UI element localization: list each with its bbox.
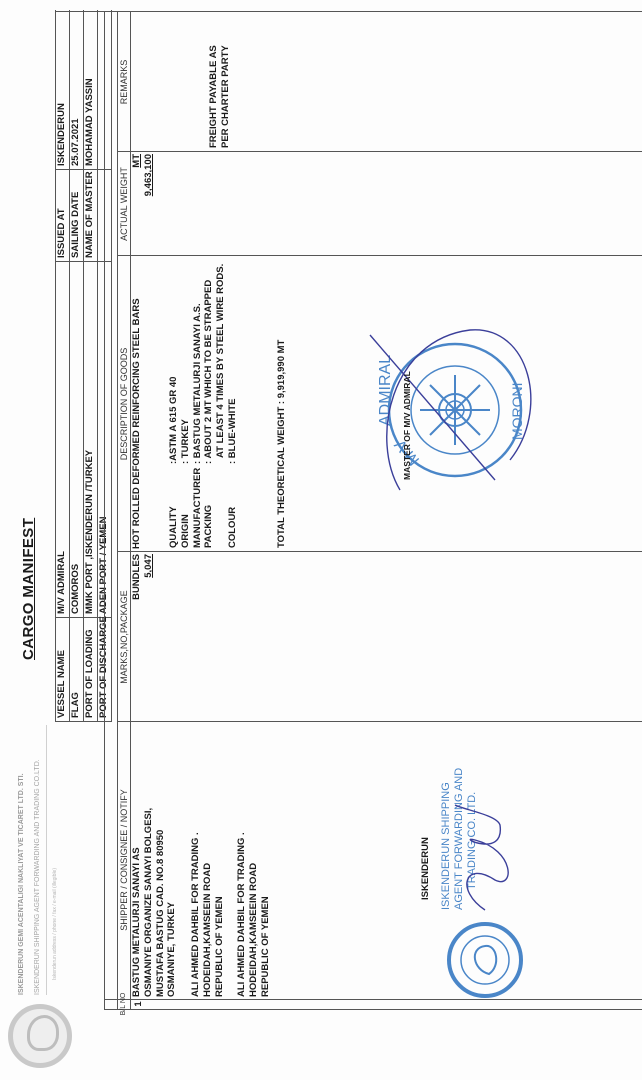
agent-signature-icon [445, 800, 525, 920]
vessel-name-value: M/V ADMIRAL [55, 551, 69, 614]
port-of-loading-label: PORT OF LOADING [83, 629, 97, 718]
col-header-marks: MARKS,NO,PACKAGE [118, 552, 130, 722]
svg-text:MORONI: MORONI [509, 382, 525, 440]
package-unit: BUNDLES [131, 554, 143, 722]
package-count: 5,047 [143, 554, 155, 722]
col-header-actual-weight: ACTUAL WEIGHT [118, 152, 130, 256]
goods-specs: QUALITY:ASTM A 615 GR 40 ORIGIN: TURKEY … [168, 264, 239, 548]
remarks-block: FREIGHT PAYABLE AS PER CHARTER PARTY [208, 45, 232, 148]
letterhead-line-2: ISKENDERUN SHIPPING AGENT FORWARDING AND… [34, 725, 41, 995]
shipper-line: OSMANIYE ORGANIZE SANAYI BOLGESI, [143, 808, 155, 997]
consignee-line: REPUBLIC OF YEMEN [214, 832, 226, 997]
shipper-line: BASTUG METALURJI SANAYI AS [131, 808, 143, 997]
master-name-label: NAME OF MASTER [83, 171, 97, 258]
letterhead-rule [46, 725, 47, 995]
letterhead-address: Iskenderun address / phone / fax / e-mai… [52, 750, 58, 980]
consignee-line: HODEIDAH,KAMSEEIN ROAD [202, 832, 214, 997]
shipper-line: MUSTAFA BASTUG CAD. NO.8 80950 [155, 808, 167, 997]
header-col-divider [55, 169, 111, 170]
flag-value: COMOROS [69, 564, 83, 614]
table-col-divider [117, 551, 642, 552]
shipper-block: BASTUG METALURJI SANAYI AS OSMANIYE ORGA… [131, 808, 178, 997]
spec-manufacturer: MANUFACTURER: BASTUG METALURJI SANAYI A.… [192, 264, 204, 548]
table-col-divider [117, 255, 642, 256]
sailing-date-value: 25.07.2021 [69, 118, 83, 166]
master-name-value: MOHAMAD YASSIN [83, 78, 97, 166]
issued-at-value: ISKENDERUN [55, 103, 69, 166]
bl-number: 1 [133, 1000, 145, 1008]
spec-packing-cont: AT LEAST 4 TIMES BY STEEL WIRE RODS. [215, 264, 227, 548]
company-logo [8, 1004, 72, 1068]
header-border-bottom [111, 10, 112, 722]
table-border-left [104, 1009, 642, 1010]
agent-caption: ISKENDERUN [420, 837, 432, 900]
consignee-line: ALI AHMED DAHBIL FOR TRADING . [190, 832, 202, 997]
table-border-top [104, 12, 105, 1010]
letterhead-line-1: ISKENDERUN GEMI ACENTALIGI NAKLIYAT VE T… [18, 725, 25, 995]
svg-text:ADMIRAL: ADMIRAL [377, 355, 394, 426]
spec-quality: QUALITY:ASTM A 615 GR 40 [168, 264, 180, 548]
shipper-line: OSMANIYE, TURKEY [166, 808, 178, 997]
header-row-divider [69, 10, 70, 722]
notify-line: ALI AHMED DAHBIL FOR TRADING . [236, 832, 248, 997]
spec-origin: ORIGIN: TURKEY [180, 264, 192, 548]
spec-packing: PACKING: ABOUT 2 MT WHICH TO BE STRAPPED [203, 264, 215, 548]
flag-label: FLAG [69, 692, 83, 718]
table-border-right [104, 11, 642, 12]
vessel-name-label: VESSEL NAME [55, 650, 69, 718]
header-col-divider [55, 261, 111, 262]
remarks-line: FREIGHT PAYABLE AS [208, 45, 220, 148]
header-border-left [55, 721, 111, 722]
total-theoretical-weight: TOTAL THEORETICAL WEIGHT : 9,919,990 MT [276, 340, 288, 548]
table-col-divider [117, 721, 642, 722]
notify-block: ALI AHMED DAHBIL FOR TRADING . HODEIDAH,… [236, 832, 271, 997]
sailing-date-label: SAILING DATE [69, 192, 83, 258]
master-stamp-icon: M.V ADMIRAL MORONI [360, 320, 560, 500]
table-col-divider [117, 151, 642, 152]
header-border-right [55, 11, 111, 12]
col-header-shipper: SHIPPER / CONSIGNEE / NOTIFY [118, 722, 130, 998]
master-signature-caption: MASTER OF M/V ADMIRAL [402, 371, 414, 480]
col-header-description: DESCRIPTION OF GOODS [118, 256, 130, 552]
agent-seal-icon [445, 920, 525, 1000]
actual-weight: 9,463,100 [143, 154, 155, 256]
goods-title: HOT ROLLED DEFORMED REINFORCING STEEL BA… [131, 298, 143, 549]
issued-at-label: ISSUED AT [55, 208, 69, 258]
notify-line: HODEIDAH,KAMSEEIN ROAD [248, 832, 260, 997]
remarks-line: PER CHARTER PARTY [220, 45, 232, 148]
cargo-manifest-document: ISKENDERUN GEMI ACENTALIGI NAKLIYAT VE T… [0, 0, 642, 1080]
weight-unit: MT [131, 154, 143, 256]
page-title: CARGO MANIFEST [20, 518, 37, 660]
table-col-divider [104, 999, 642, 1000]
port-of-loading-value: MMK PORT ,ISKENDERUN /TURKEY [83, 450, 97, 614]
notify-line: REPUBLIC OF YEMEN [260, 832, 272, 997]
spec-colour: COLOUR: BLUE-WHITE [227, 264, 239, 548]
col-header-remarks: REMARKS [118, 12, 130, 152]
consignee-block: ALI AHMED DAHBIL FOR TRADING . HODEIDAH,… [190, 832, 225, 997]
